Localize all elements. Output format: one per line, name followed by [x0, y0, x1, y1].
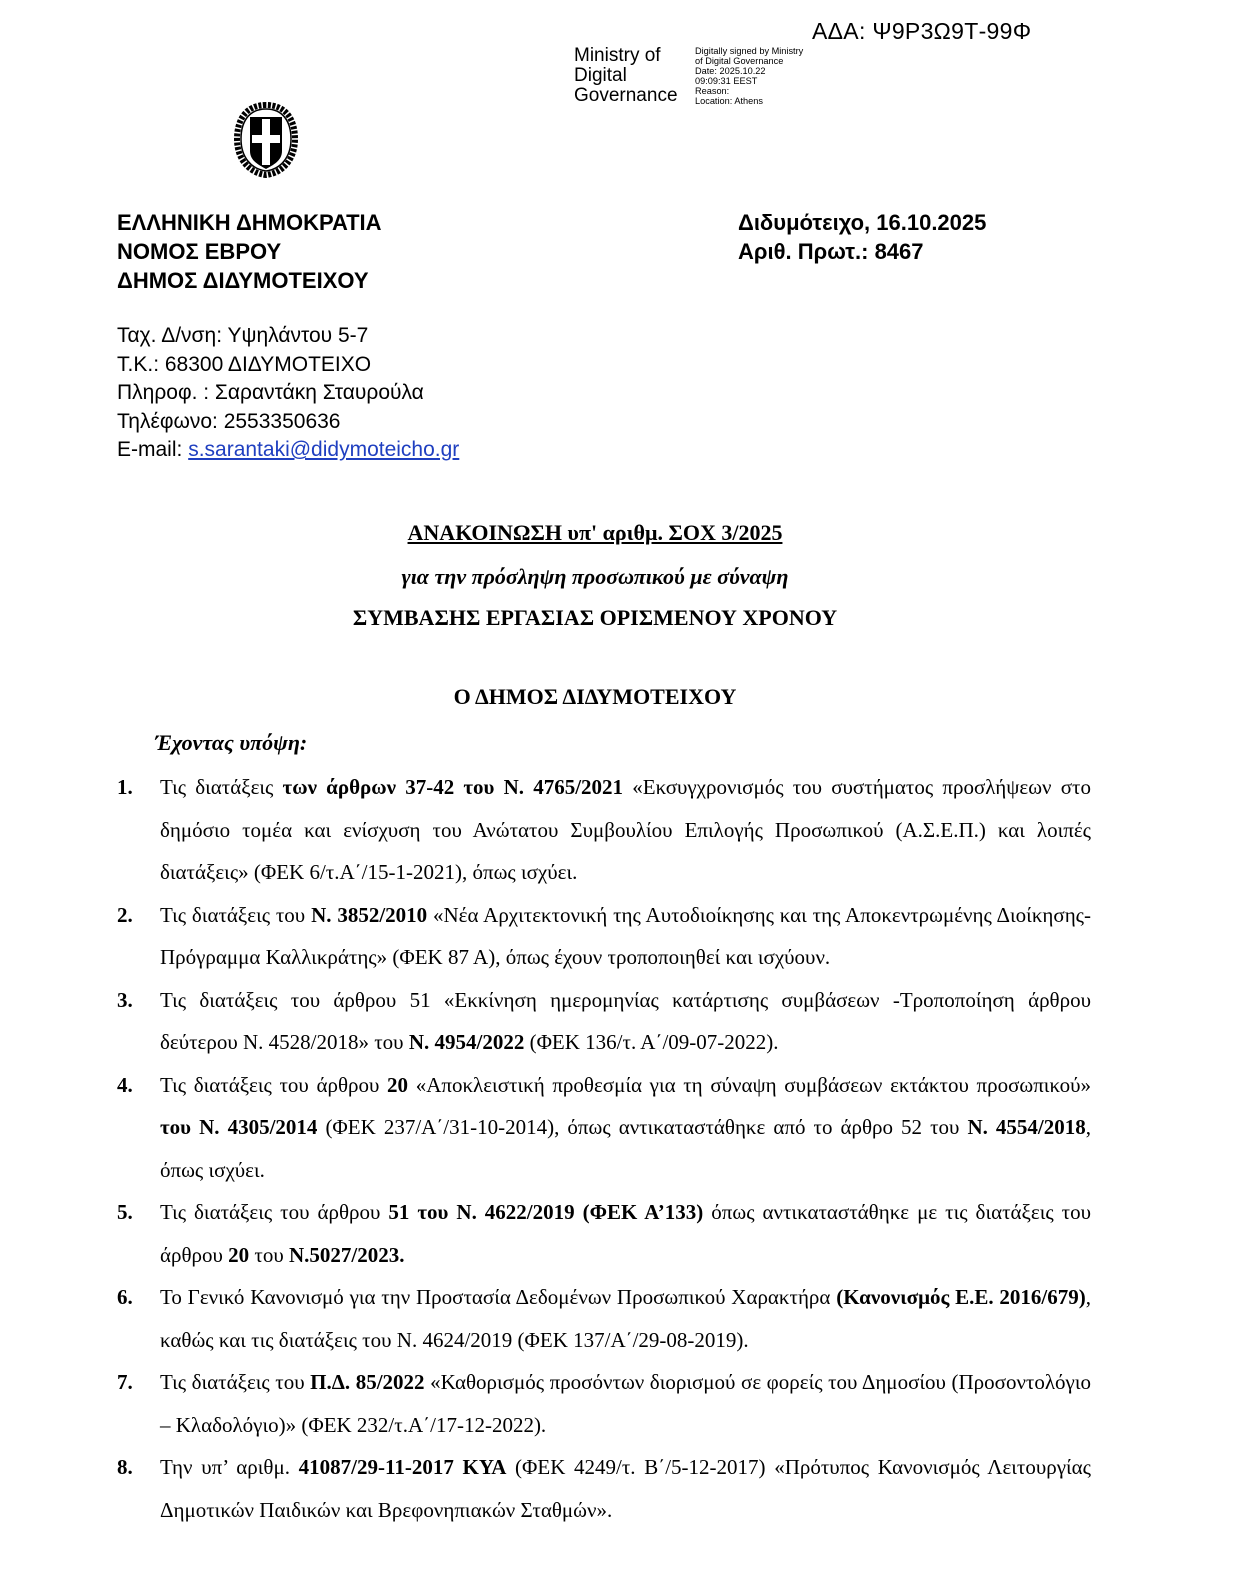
signature-detail-line: Date: 2025.10.22 — [695, 66, 803, 76]
bold-reference: 20 — [228, 1243, 249, 1267]
postal-address: Ταχ. Δ/νση: Υψηλάντου 5-7 — [117, 322, 459, 351]
signer-line: Governance — [574, 86, 678, 106]
list-item: 3.Τις διατάξεις του άρθρου 51 «Εκκίνηση … — [117, 979, 1091, 1064]
text-run: Τις διατάξεις του άρθρου — [160, 1200, 388, 1224]
announcement-title: ΑΝΑΚΟΙΝΩΣΗ υπ' αριθμ. ΣΟΧ 3/2025 — [0, 520, 1190, 546]
authority-line: ΝΟΜΟΣ ΕΒΡΟΥ — [117, 237, 382, 266]
bold-reference: Ν.5027/2023. — [289, 1243, 405, 1267]
list-item-text: Τις διατάξεις των άρθρων 37-42 του Ν. 47… — [160, 766, 1091, 894]
bold-reference: του Ν. 4305/2014 — [160, 1115, 317, 1139]
text-run: Τις διατάξεις του — [160, 903, 311, 927]
list-item: 4.Τις διατάξεις του άρθρου 20 «Αποκλειστ… — [117, 1064, 1091, 1192]
signature-details: Digitally signed by Ministry of Digital … — [695, 46, 803, 106]
place-date: Διδυμότειχο, 16.10.2025 — [738, 208, 986, 237]
authority-line: ΔΗΜΟΣ ΔΙΔΥΜΟΤΕΙΧΟΥ — [117, 266, 382, 295]
list-item-number: 7. — [117, 1361, 133, 1404]
text-run: Τις διατάξεις του — [160, 1370, 310, 1394]
phone-number: Τηλέφωνο: 2553350636 — [117, 408, 459, 437]
bold-reference: Π.Δ. 85/2022 — [310, 1370, 424, 1394]
bold-reference: 51 του Ν. 4622/2019 (ΦΕΚ Α’133) — [388, 1200, 703, 1224]
list-item-number: 6. — [117, 1276, 133, 1319]
signature-signer: Ministry of Digital Governance — [574, 46, 678, 106]
signature-detail-line: of Digital Governance — [695, 56, 803, 66]
list-item-text: Τις διατάξεις του άρθρου 51 του Ν. 4622/… — [160, 1191, 1091, 1276]
contact-details: Ταχ. Δ/νση: Υψηλάντου 5-7 Τ.Κ.: 68300 ΔΙ… — [117, 322, 459, 465]
list-item-text: Τις διατάξεις του Π.Δ. 85/2022 «Καθορισμ… — [160, 1361, 1091, 1446]
contract-type-heading: ΣΥΜΒΑΣΗΣ ΕΡΓΑΣΙΑΣ ΟΡΙΣΜΕΝΟΥ ΧΡΟΝΟΥ — [0, 605, 1190, 631]
bold-reference: Ν. 3852/2010 — [311, 903, 427, 927]
list-item-number: 2. — [117, 894, 133, 937]
email-line: E-mail: s.sarantaki@didymoteicho.gr — [117, 436, 459, 465]
list-item-number: 1. — [117, 766, 133, 809]
text-run: Τις διατάξεις του άρθρου — [160, 1073, 387, 1097]
text-run: Τις διατάξεις — [160, 775, 283, 799]
document-meta: Διδυμότειχο, 16.10.2025 Αριθ. Πρωτ.: 846… — [738, 208, 986, 266]
list-item-number: 5. — [117, 1191, 133, 1234]
authority-line: ΕΛΛΗΝΙΚΗ ΔΗΜΟΚΡΑΤΙΑ — [117, 208, 382, 237]
ada-code: ΑΔΑ: Ψ9Ρ3Ω9Τ-99Φ — [812, 18, 1031, 45]
bold-reference: 41087/29-11-2017 ΚΥΑ — [299, 1455, 507, 1479]
list-item: 1.Τις διατάξεις των άρθρων 37-42 του Ν. … — [117, 766, 1091, 894]
announcement-subtitle: για την πρόσληψη προσωπικού με σύναψη — [0, 564, 1190, 590]
greek-coat-of-arms-icon — [233, 101, 299, 179]
protocol-number: Αριθ. Πρωτ.: 8467 — [738, 237, 986, 266]
bold-reference: των άρθρων 37-42 του Ν. 4765/2021 — [283, 775, 624, 799]
signature-detail-line: Reason: — [695, 86, 803, 96]
considering-heading: Έχοντας υπόψη: — [155, 730, 307, 756]
text-run: Το Γενικό Κανονισμό για την Προστασία Δε… — [160, 1285, 836, 1309]
list-item-text: Τις διατάξεις του άρθρου 20 «Αποκλειστικ… — [160, 1064, 1091, 1192]
text-run: του — [249, 1243, 289, 1267]
bold-reference: Ν. 4954/2022 — [409, 1030, 525, 1054]
bold-reference: (Κανονισμός Ε.Ε. 2016/679) — [836, 1285, 1086, 1309]
signer-line: Digital — [574, 66, 678, 86]
contact-person: Πληροφ. : Σαραντάκη Σταυρούλα — [117, 379, 459, 408]
text-run: (ΦΕΚ 237/Α΄/31-10-2014), όπως αντικαταστ… — [317, 1115, 967, 1139]
municipality-heading: Ο ΔΗΜΟΣ ΔΙΔΥΜΟΤΕΙΧΟΥ — [0, 684, 1190, 710]
legal-basis-list: 1.Τις διατάξεις των άρθρων 37-42 του Ν. … — [117, 766, 1091, 1531]
list-item-text: Την υπ’ αριθμ. 41087/29-11-2017 ΚΥΑ (ΦΕΚ… — [160, 1446, 1091, 1531]
text-run: «Αποκλειστική προθεσμία για τη σύναψη συ… — [408, 1073, 1091, 1097]
signature-detail-line: 09:09:31 EEST — [695, 76, 803, 86]
signature-detail-line: Digitally signed by Ministry — [695, 46, 803, 56]
email-label: E-mail: — [117, 438, 188, 461]
list-item-text: Το Γενικό Κανονισμό για την Προστασία Δε… — [160, 1276, 1091, 1361]
signature-detail-line: Location: Athens — [695, 96, 803, 106]
text-run: (ΦΕΚ 136/τ. Α΄/09-07-2022). — [524, 1030, 778, 1054]
postal-code: Τ.Κ.: 68300 ΔΙΔΥΜΟΤΕΙΧΟ — [117, 351, 459, 380]
bold-reference: Ν. 4554/2018 — [967, 1115, 1085, 1139]
text-run: Την υπ’ αριθμ. — [160, 1455, 299, 1479]
list-item-text: Τις διατάξεις του άρθρου 51 «Εκκίνηση ημ… — [160, 979, 1091, 1064]
bold-reference: 20 — [387, 1073, 408, 1097]
list-item: 8.Την υπ’ αριθμ. 41087/29-11-2017 ΚΥΑ (Φ… — [117, 1446, 1091, 1531]
list-item: 2.Τις διατάξεις του Ν. 3852/2010 «Νέα Αρ… — [117, 894, 1091, 979]
list-item: 6.Το Γενικό Κανονισμό για την Προστασία … — [117, 1276, 1091, 1361]
issuing-authority: ΕΛΛΗΝΙΚΗ ΔΗΜΟΚΡΑΤΙΑ ΝΟΜΟΣ ΕΒΡΟΥ ΔΗΜΟΣ ΔΙ… — [117, 208, 382, 295]
list-item: 5.Τις διατάξεις του άρθρου 51 του Ν. 462… — [117, 1191, 1091, 1276]
signer-line: Ministry of — [574, 46, 678, 66]
list-item-number: 8. — [117, 1446, 133, 1489]
list-item-number: 4. — [117, 1064, 133, 1107]
email-link[interactable]: s.sarantaki@didymoteicho.gr — [188, 438, 459, 461]
list-item-text: Τις διατάξεις του Ν. 3852/2010 «Νέα Αρχι… — [160, 894, 1091, 979]
list-item-number: 3. — [117, 979, 133, 1022]
list-item: 7.Τις διατάξεις του Π.Δ. 85/2022 «Καθορι… — [117, 1361, 1091, 1446]
